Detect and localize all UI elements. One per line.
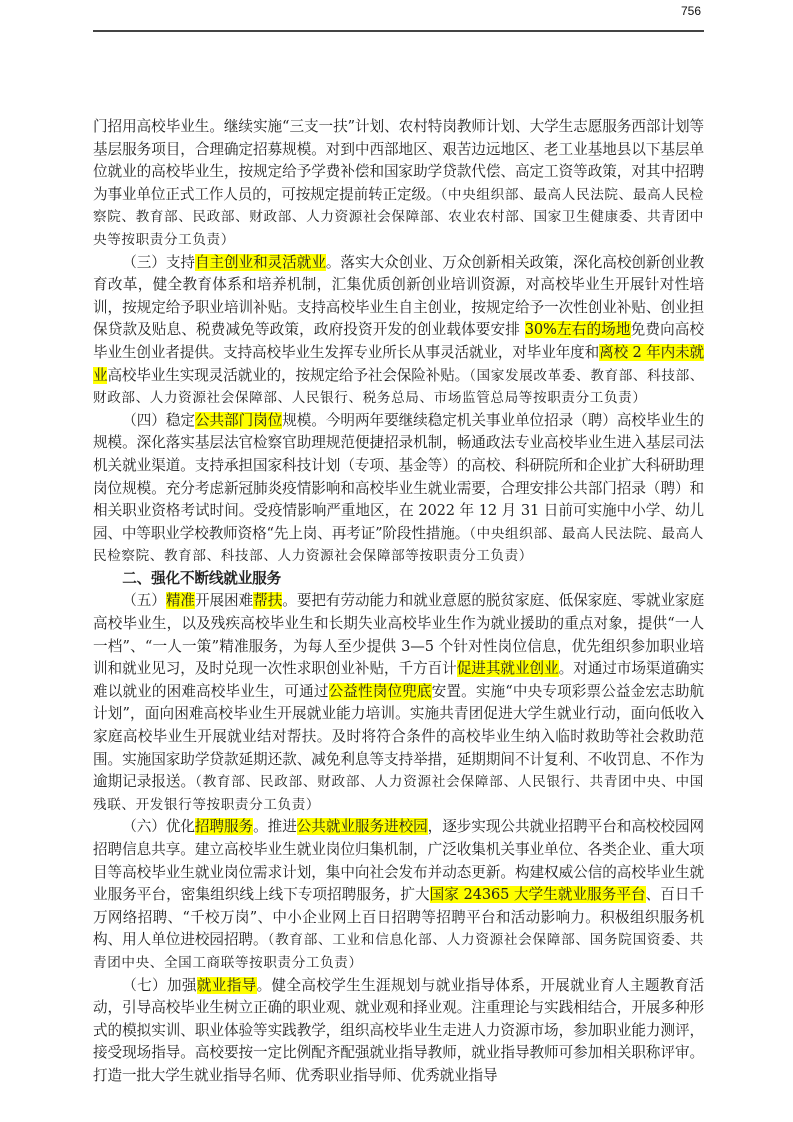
highlighted-text: 自主创业和灵活就业 [195,254,326,271]
highlighted-text: 公益性岗位兜底 [329,683,432,700]
body-text: 开展困难 [195,592,253,609]
highlighted-text: 公共就业服务进校园 [297,818,428,835]
highlighted-text: 招聘服务 [195,818,253,835]
highlighted-text: 公共部门岗位 [195,412,282,429]
highlighted-text: 国家 24365 大学生就业服务平台 [430,886,646,903]
paragraph-item-3-entrepreneurship: （三）支持自主创业和灵活就业。落实大众创业、万众创新相关政策，深化高校创新创业教… [93,252,704,410]
page-number: 756 [681,4,701,18]
highlighted-text: 就业指导 [197,977,257,994]
body-text: （七）加强 [122,977,197,994]
highlighted-text: 帮扶 [253,592,282,609]
body-text: 高校毕业生实现灵活就业的，按规定给予社会保险补贴。 [107,367,469,384]
body-text: （六）优化 [122,818,195,835]
paragraph-item-5-assistance: （五）精准开展困难帮扶。要把有劳动能力和就业意愿的脱贫家庭、低保家庭、零就业家庭… [93,590,704,816]
highlighted-text: 30%左右的场地 [525,321,631,338]
paragraph-item-4-public-sector: （四）稳定公共部门岗位规模。今明两年要继续稳定机关事业单位招录（聘）高校毕业生的… [93,410,704,568]
body-text: 二、强化不断线就业服务 [122,570,281,587]
body-text: （四）稳定 [122,412,195,429]
body-text: （五） [122,592,166,609]
body-text: （三）支持 [122,254,195,271]
highlighted-text: 精准 [166,592,195,609]
header-rule [93,30,704,32]
paragraph-item-7-guidance: （七）加强就业指导。健全高校学生生涯规划与就业指导体系，开展就业育人主题教育活动… [93,975,704,1088]
body-text: 。推进 [253,818,297,835]
paragraph-continuation: 门招用高校毕业生。继续实施“三支一扶”计划、农村特岗教师计划、大学生志愿服务西部… [93,116,704,252]
document-body: 门招用高校毕业生。继续实施“三支一扶”计划、农村特岗教师计划、大学生志愿服务西部… [93,116,704,1088]
paragraph-item-6-recruitment: （六）优化招聘服务。推进公共就业服务进校园，逐步实现公共就业招聘平台和高校校园网… [93,816,704,974]
section-heading: 二、强化不断线就业服务 [93,568,704,591]
highlighted-text: 促进其就业创业 [457,660,559,677]
body-text: 规模。今明两年要继续稳定机关事业单位招录（聘）高校毕业生的规模。深化落实基层法官… [93,412,704,542]
